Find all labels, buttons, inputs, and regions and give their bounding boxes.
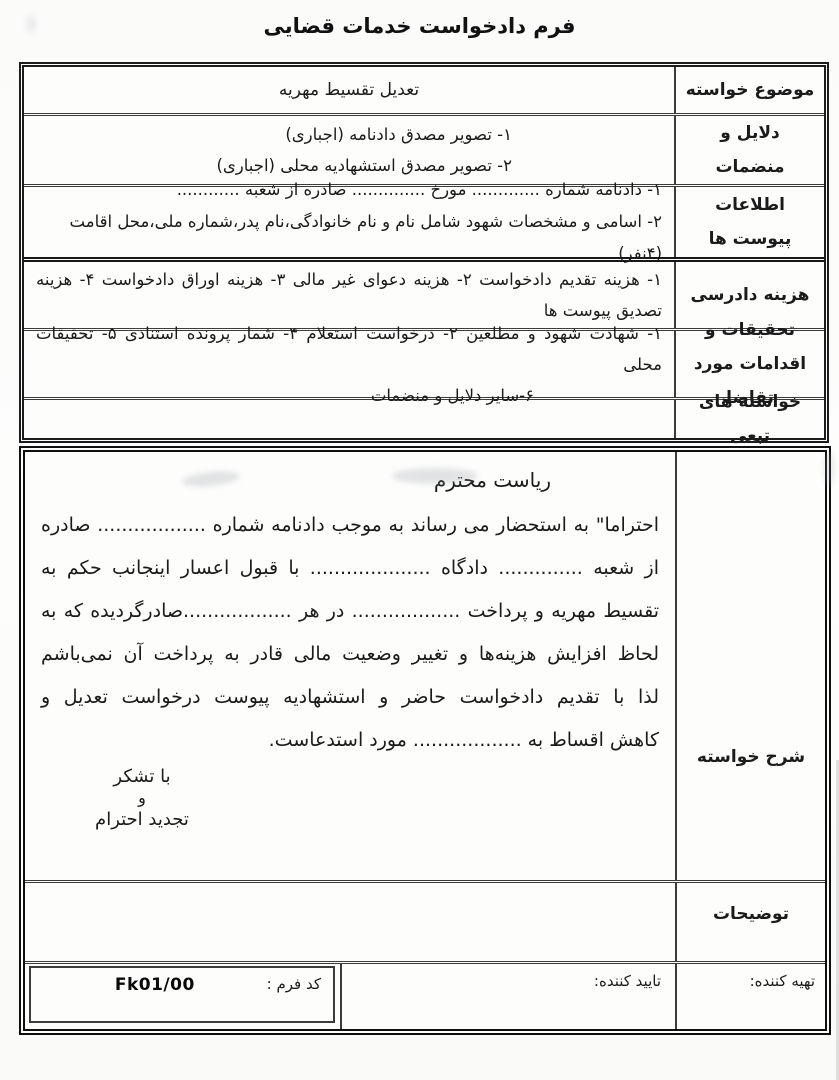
letter-line-3: تقسیط مهریه و پرداخت .................. … xyxy=(41,590,659,633)
request-description-label: شرح خواسته xyxy=(675,452,825,880)
closing-line-2: و xyxy=(67,789,217,807)
table-row-attachments: اطلاعات پیوست ها ۱- دادنامه شماره ......… xyxy=(24,184,824,257)
letter-line-2: از شعبه .............. دادگاه ..........… xyxy=(41,547,659,590)
request-description-table: شرح خواسته ریاست محترم احتراما" به استحض… xyxy=(19,446,831,1035)
subject-row-value: تعدیل تقسیط مهریه xyxy=(24,67,674,113)
subsidiary-row-label: خواسته های تبعی xyxy=(674,400,824,438)
reasons-row-label: دلایل و منضمات xyxy=(674,116,824,184)
form-code-label: کد فرم : xyxy=(267,975,321,993)
petition-info-table: موضوع خواسته تعدیل تقسیط مهریه دلایل و م… xyxy=(19,62,829,443)
approved-by-label: تایید کننده: xyxy=(340,964,675,1029)
letter-line-5: لذا با تقدیم دادخواست حاضر و استشهادیه پ… xyxy=(41,676,659,719)
letter-line-6: کاهش اقساط به .................. مورد اس… xyxy=(41,719,659,762)
scan-smudge xyxy=(824,452,834,486)
notes-row-value xyxy=(25,883,675,961)
letter-line-4: لحاظ افزایش هزینه‌ها و تغییر وضعیت مالی … xyxy=(41,633,659,676)
closing-line-1: با تشکر xyxy=(67,764,217,789)
investigations-row-value: ۱- شهادت شهود و مطلعین ۲- درخواست استعلا… xyxy=(24,331,674,397)
closing-line-3: تجدید احترام xyxy=(67,807,217,832)
attachments-row-label: اطلاعات پیوست ها xyxy=(674,187,824,257)
attachments-item-1: ۱- دادنامه شماره ............. مورخ ....… xyxy=(36,174,662,206)
prepared-by-label: تهیه کننده: xyxy=(675,964,825,1029)
table-row-subject: موضوع خواسته تعدیل تقسیط مهریه xyxy=(24,67,824,113)
table-row-notes: توضیحات xyxy=(25,880,825,961)
subject-row-label: موضوع خواسته xyxy=(674,67,824,113)
request-letter: ریاست محترم احتراما" به استحضار می رساند… xyxy=(25,452,675,880)
attachments-row-value: ۱- دادنامه شماره ............. مورخ ....… xyxy=(24,187,674,257)
table-row-request-description: شرح خواسته ریاست محترم احتراما" به استحض… xyxy=(25,452,825,880)
letter-salutation: ریاست محترم xyxy=(41,466,551,494)
investigations-item-line1: ۱- شهادت شهود و مطلعین ۲- درخواست استعلا… xyxy=(36,318,662,380)
page-title: فرم دادخواست خدمات قضایی xyxy=(0,14,839,38)
scan-smudge xyxy=(26,16,36,32)
letter-line-1: احتراما" به استحضار می رساند به موجب داد… xyxy=(41,504,659,547)
letter-closing: با تشکر و تجدید احترام xyxy=(67,764,217,832)
notes-row-label: توضیحات xyxy=(675,883,825,961)
table-row-footer: تهیه کننده: تایید کننده: کد فرم : Fk01/0… xyxy=(25,961,825,1029)
form-code-value: Fk01/00 xyxy=(43,975,267,995)
reasons-item-1: ۱- تصویر مصدق دادنامه (اجباری) xyxy=(36,119,662,150)
scan-smudge xyxy=(392,468,478,484)
form-code-box: کد فرم : Fk01/00 xyxy=(29,966,335,1023)
scanned-form-page: فرم دادخواست خدمات قضایی موضوع خواسته تع… xyxy=(0,0,839,1080)
attachments-item-2: ۲- اسامی و مشخصات شهود شامل نام و نام خا… xyxy=(36,206,662,270)
table-row-subsidiary: خواسته های تبعی xyxy=(24,397,824,438)
subsidiary-row-value xyxy=(24,400,674,438)
